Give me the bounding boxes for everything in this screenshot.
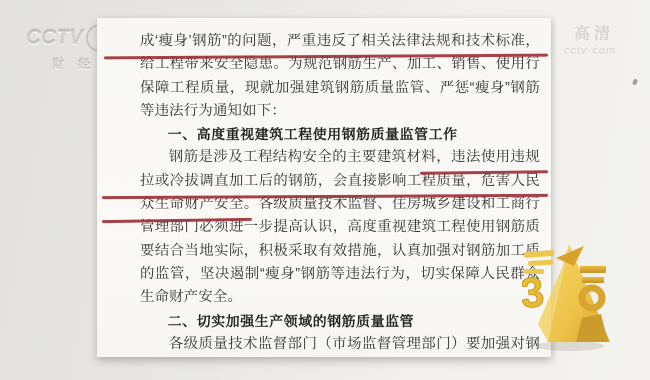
- doc-line: 成‘瘦身’钢筋”的问题，严重违反了相关法律法规和技术标准，: [140, 30, 540, 53]
- watermark-hd-label: 高清: [544, 26, 644, 44]
- doc-line: 各级质量技术监督部门（市场监督管理部门）要加强对钢筋生产: [140, 333, 540, 356]
- broadcast-watermark: 高清 cctv·com: [544, 26, 644, 57]
- page-ink-speck: [632, 78, 638, 85]
- doc-line: 等违法行为通知如下：: [140, 100, 540, 123]
- document-text-block: 成‘瘦身’钢筋”的问题，严重违反了相关法律法规和技术标准， 给工程带来安全隐患。…: [140, 30, 540, 356]
- svg-text:3: 3: [522, 268, 546, 317]
- tv-frame: CCTV 2 财经 高清 cctv·com 成‘瘦身’钢筋”的问题，严重违反了相…: [0, 0, 650, 380]
- doc-line: 生命财产安全。: [140, 286, 540, 309]
- cctv-logo-text: CCTV: [26, 26, 83, 50]
- gold-315-emblem: 3: [522, 242, 614, 354]
- gold-315-emblem-graphic: 3: [522, 242, 614, 354]
- doc-line: 钢筋是涉及工程结构安全的主要建筑材料，违法使用违规张: [140, 146, 540, 169]
- doc-line: 要结合当地实际，积极采取有效措施，认真加强对钢筋加工质量: [140, 240, 540, 263]
- document-page: 成‘瘦身’钢筋”的问题，严重违反了相关法律法规和技术标准， 给工程带来安全隐患。…: [97, 18, 551, 357]
- doc-heading-2: 二、切实加强生产领域的钢筋质量监管: [140, 310, 540, 333]
- doc-line: 的监管，坚决遏制“瘦身”钢筋等违法行为，切实保障人民群众: [140, 263, 540, 286]
- doc-heading-1: 一、高度重视建筑工程使用钢筋质量监管工作: [140, 123, 540, 146]
- watermark-site-label: cctv·com: [544, 45, 636, 57]
- doc-line: 保障工程质量，现就加强建筑钢筋质量监管、严惩“瘦身”钢筋: [140, 77, 540, 100]
